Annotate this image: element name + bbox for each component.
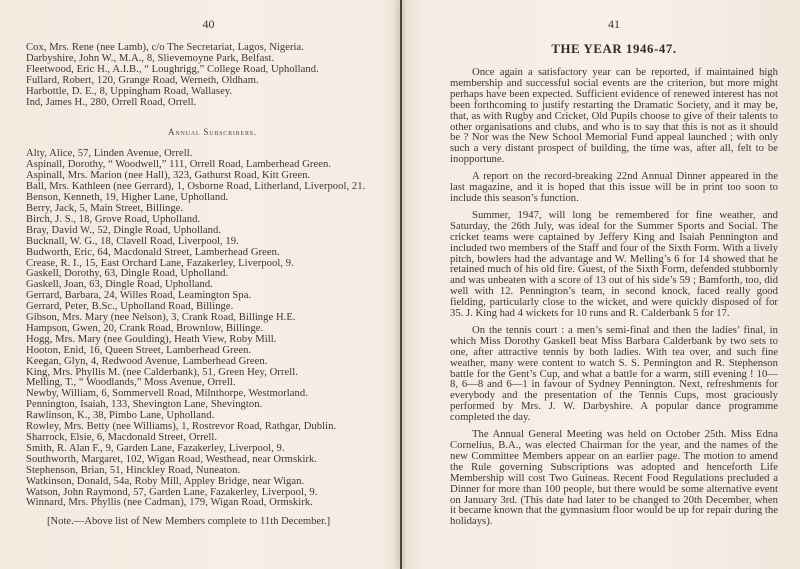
right-page: 41 THE YEAR 1946-47. Once again a satisf… xyxy=(401,0,800,569)
article-paragraph: Summer, 1947, will long be remembered fo… xyxy=(450,210,778,319)
subscriber-entry: Bucknall, W. G., 18, Clavell Road, Liver… xyxy=(26,237,381,248)
member-entry: Harbottle, D. E., 8, Uppingham Road, Wal… xyxy=(26,87,381,98)
member-entry: Ind, James H., 280, Orrell Road, Orrell. xyxy=(26,98,381,109)
subscriber-entry: Watkinson, Donald, 54a, Roby Mill, Apple… xyxy=(26,477,381,488)
members-list-continued: Cox, Mrs. Rene (nee Lamb), c/o The Secre… xyxy=(26,43,381,108)
article-paragraph: Once again a satisfactory year can be re… xyxy=(450,67,778,165)
subscriber-entry: Stephenson, Brian, 51, Hinckley Road, Nu… xyxy=(26,466,381,477)
article-paragraph: The Annual General Meeting was held on O… xyxy=(450,429,778,527)
annual-subscribers-list: Alty, Alice, 57, Linden Avenue, Orrell. … xyxy=(26,149,381,509)
left-page: 40 Cox, Mrs. Rene (nee Lamb), c/o The Se… xyxy=(0,0,401,569)
page-number-left: 40 xyxy=(26,16,381,32)
subscriber-entry: Budworth, Eric, 64, Macdonald Street, La… xyxy=(26,248,381,259)
list-note: [Note.—Above list of New Members complet… xyxy=(26,516,381,528)
book-spread: 40 Cox, Mrs. Rene (nee Lamb), c/o The Se… xyxy=(0,0,800,569)
subscriber-entry: Keegan, Glyn, 4, Redwood Avenue, Lamberh… xyxy=(26,357,381,368)
article-paragraph: On the tennis court : a men’s semi-final… xyxy=(450,325,778,423)
member-entry: Fullard, Robert, 120, Grange Road, Werne… xyxy=(26,76,381,87)
page-number-right: 41 xyxy=(450,16,778,32)
article-title: THE YEAR 1946-47. xyxy=(450,42,778,57)
subscriber-entry: Winnard, Mrs. Phyllis (nee Cadman), 179,… xyxy=(26,498,381,509)
article-paragraph: A report on the record-breaking 22nd Ann… xyxy=(450,171,778,204)
section-heading-annual-subscribers: Annual Subscribers. xyxy=(26,127,381,137)
